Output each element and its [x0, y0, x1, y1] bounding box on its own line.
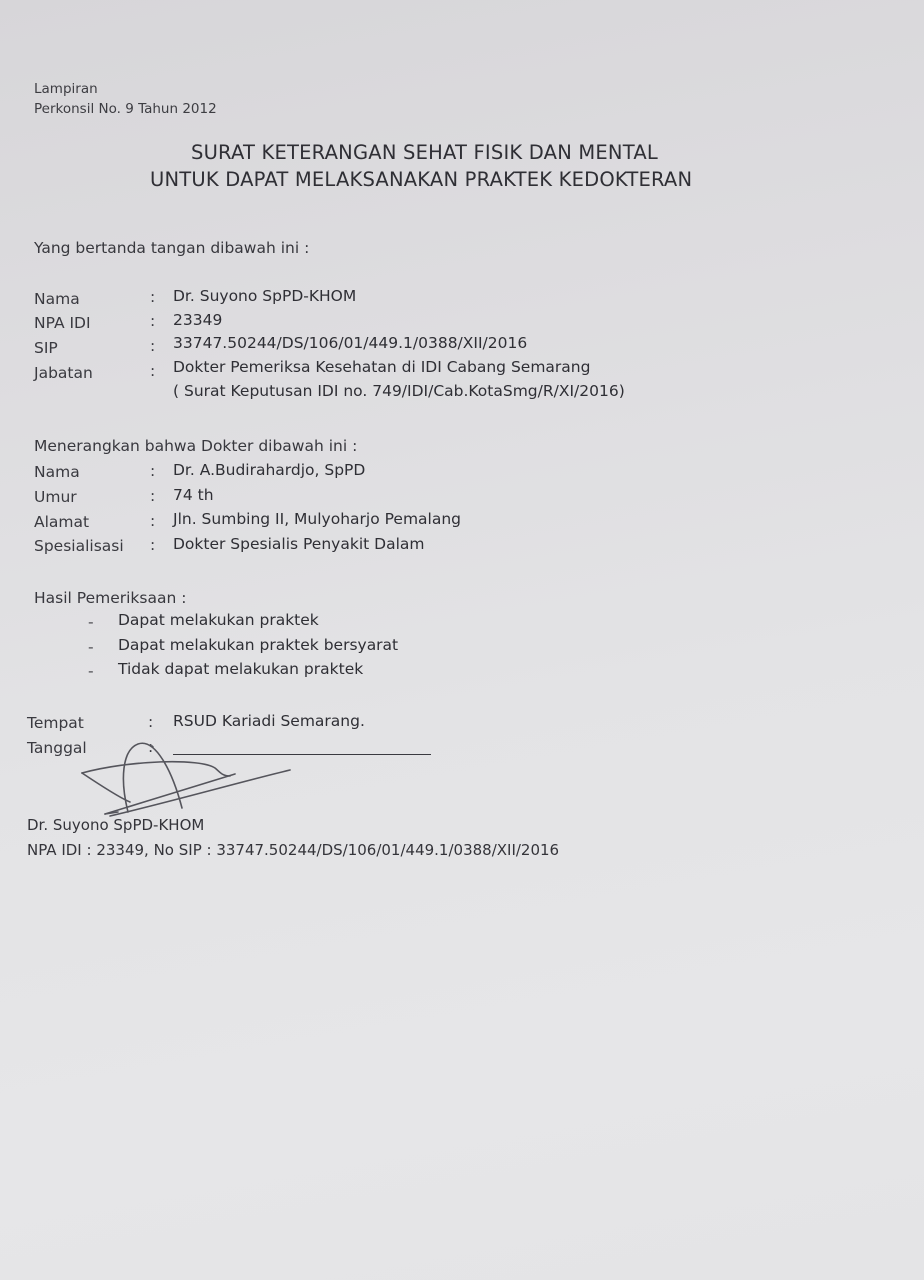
field-label: Nama	[34, 290, 80, 308]
attachment-label: Lampiran	[34, 81, 98, 97]
result-option-text: Dapat melakukan praktek bersyarat	[118, 636, 398, 654]
signer-intro: Yang bertanda tangan dibawah ini :	[34, 239, 309, 257]
field-value: Dr. Suyono SpPD-KHOM	[173, 287, 356, 305]
field-label: Jabatan	[34, 364, 93, 382]
field-colon: :	[150, 337, 155, 355]
regulation-reference: Perkonsil No. 9 Tahun 2012	[34, 101, 217, 117]
field-colon: :	[150, 536, 155, 554]
field-colon: :	[150, 362, 155, 380]
field-label: Umur	[34, 488, 77, 506]
field-value: 74 th	[173, 486, 214, 504]
bullet-dash: -	[88, 638, 94, 656]
field-colon: :	[150, 288, 155, 306]
field-value: 23349	[173, 311, 222, 329]
document-title-line1: SURAT KETERANGAN SEHAT FISIK DAN MENTAL	[191, 141, 658, 164]
field-value: Dokter Pemeriksa Kesehatan di IDI Cabang…	[173, 358, 590, 376]
signer-credentials: NPA IDI : 23349, No SIP : 33747.50244/DS…	[27, 841, 559, 859]
subject-intro: Menerangkan bahwa Dokter dibawah ini :	[34, 437, 357, 455]
result-option-text: Tidak dapat melakukan praktek	[118, 660, 363, 678]
document-title-line2: UNTUK DAPAT MELAKSANAKAN PRAKTEK KEDOKTE…	[150, 168, 692, 191]
bullet-dash: -	[88, 613, 94, 631]
field-label: Spesialisasi	[34, 537, 124, 555]
jabatan-decree-note: ( Surat Keputusan IDI no. 749/IDI/Cab.Ko…	[173, 382, 625, 400]
field-value: Jln. Sumbing II, Mulyoharjo Pemalang	[173, 510, 461, 528]
field-label: SIP	[34, 339, 58, 357]
document-page: Lampiran Perkonsil No. 9 Tahun 2012 SURA…	[0, 0, 924, 1280]
field-label: Nama	[34, 463, 80, 481]
field-colon: :	[150, 462, 155, 480]
field-label: Alamat	[34, 513, 89, 531]
result-option-text: Dapat melakukan praktek	[118, 611, 319, 629]
field-value: 33747.50244/DS/106/01/449.1/0388/XII/201…	[173, 334, 527, 352]
field-value: Dokter Spesialis Penyakit Dalam	[173, 535, 424, 553]
signer-name: Dr. Suyono SpPD-KHOM	[27, 816, 204, 834]
place-colon: :	[148, 713, 153, 731]
bullet-dash: -	[88, 662, 94, 680]
place-value: RSUD Kariadi Semarang.	[173, 712, 365, 730]
signature-scribble	[60, 730, 320, 830]
field-colon: :	[150, 487, 155, 505]
results-heading: Hasil Pemeriksaan :	[34, 589, 186, 607]
field-colon: :	[150, 512, 155, 530]
field-colon: :	[150, 312, 155, 330]
field-value: Dr. A.Budirahardjo, SpPD	[173, 461, 365, 479]
field-label: NPA IDI	[34, 314, 91, 332]
